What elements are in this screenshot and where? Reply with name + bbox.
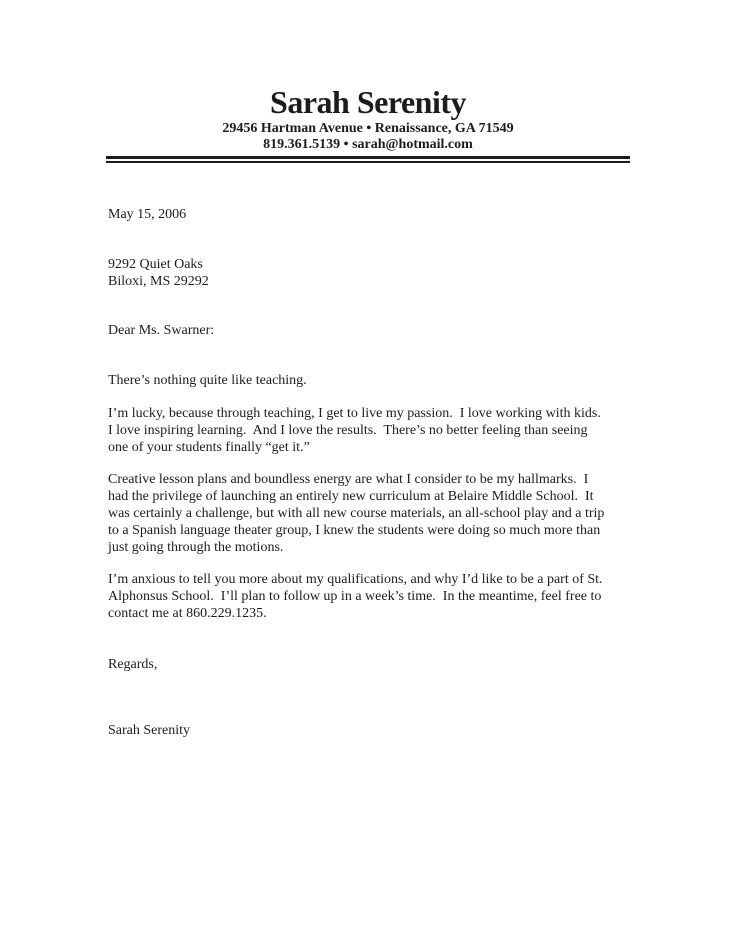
paragraph-line: I’m lucky, because through teaching, I g… xyxy=(108,405,646,422)
paragraph-line: There’s nothing quite like teaching. xyxy=(108,372,646,389)
recipient-address-line: Biloxi, MS 29292 xyxy=(108,273,646,290)
letterhead-divider-rule xyxy=(106,156,630,163)
recipient-address: 9292 Quiet Oaks Biloxi, MS 29292 xyxy=(108,256,646,290)
paragraph-line: to a Spanish language theater group, I k… xyxy=(108,522,646,539)
paragraph-line: contact me at 860.229.1235. xyxy=(108,605,646,622)
paragraph-line: Creative lesson plans and boundless ener… xyxy=(108,471,646,488)
paragraph-4: I’m anxious to tell you more about my qu… xyxy=(108,571,646,622)
letter-date: May 15, 2006 xyxy=(108,206,646,223)
paragraph-line: I love inspiring learning. And I love th… xyxy=(108,422,646,439)
recipient-address-line: 9292 Quiet Oaks xyxy=(108,256,646,273)
letter-page: Sarah Serenity 29456 Hartman Avenue • Re… xyxy=(0,0,736,952)
paragraph-line: I’m anxious to tell you more about my qu… xyxy=(108,571,646,588)
paragraph-line: Alphonsus School. I’ll plan to follow up… xyxy=(108,588,646,605)
letterhead-name: Sarah Serenity xyxy=(0,83,736,121)
paragraph-line: just going through the motions. xyxy=(108,539,646,556)
paragraph-3: Creative lesson plans and boundless ener… xyxy=(108,471,646,556)
signature-name: Sarah Serenity xyxy=(108,722,646,739)
paragraph-line: one of your students finally “get it.” xyxy=(108,439,646,456)
letterhead-contact: 819.361.5139 • sarah@hotmail.com xyxy=(0,137,736,153)
letterhead-address: 29456 Hartman Avenue • Renaissance, GA 7… xyxy=(0,121,736,137)
closing: Regards, xyxy=(108,656,646,673)
paragraph-2: I’m lucky, because through teaching, I g… xyxy=(108,405,646,456)
paragraph-line: was certainly a challenge, but with all … xyxy=(108,505,646,522)
letter-body: May 15, 2006 9292 Quiet Oaks Biloxi, MS … xyxy=(108,206,646,739)
paragraph-1: There’s nothing quite like teaching. xyxy=(108,372,646,389)
letterhead: Sarah Serenity 29456 Hartman Avenue • Re… xyxy=(0,0,736,163)
salutation: Dear Ms. Swarner: xyxy=(108,322,646,339)
paragraph-line: had the privilege of launching an entire… xyxy=(108,488,646,505)
